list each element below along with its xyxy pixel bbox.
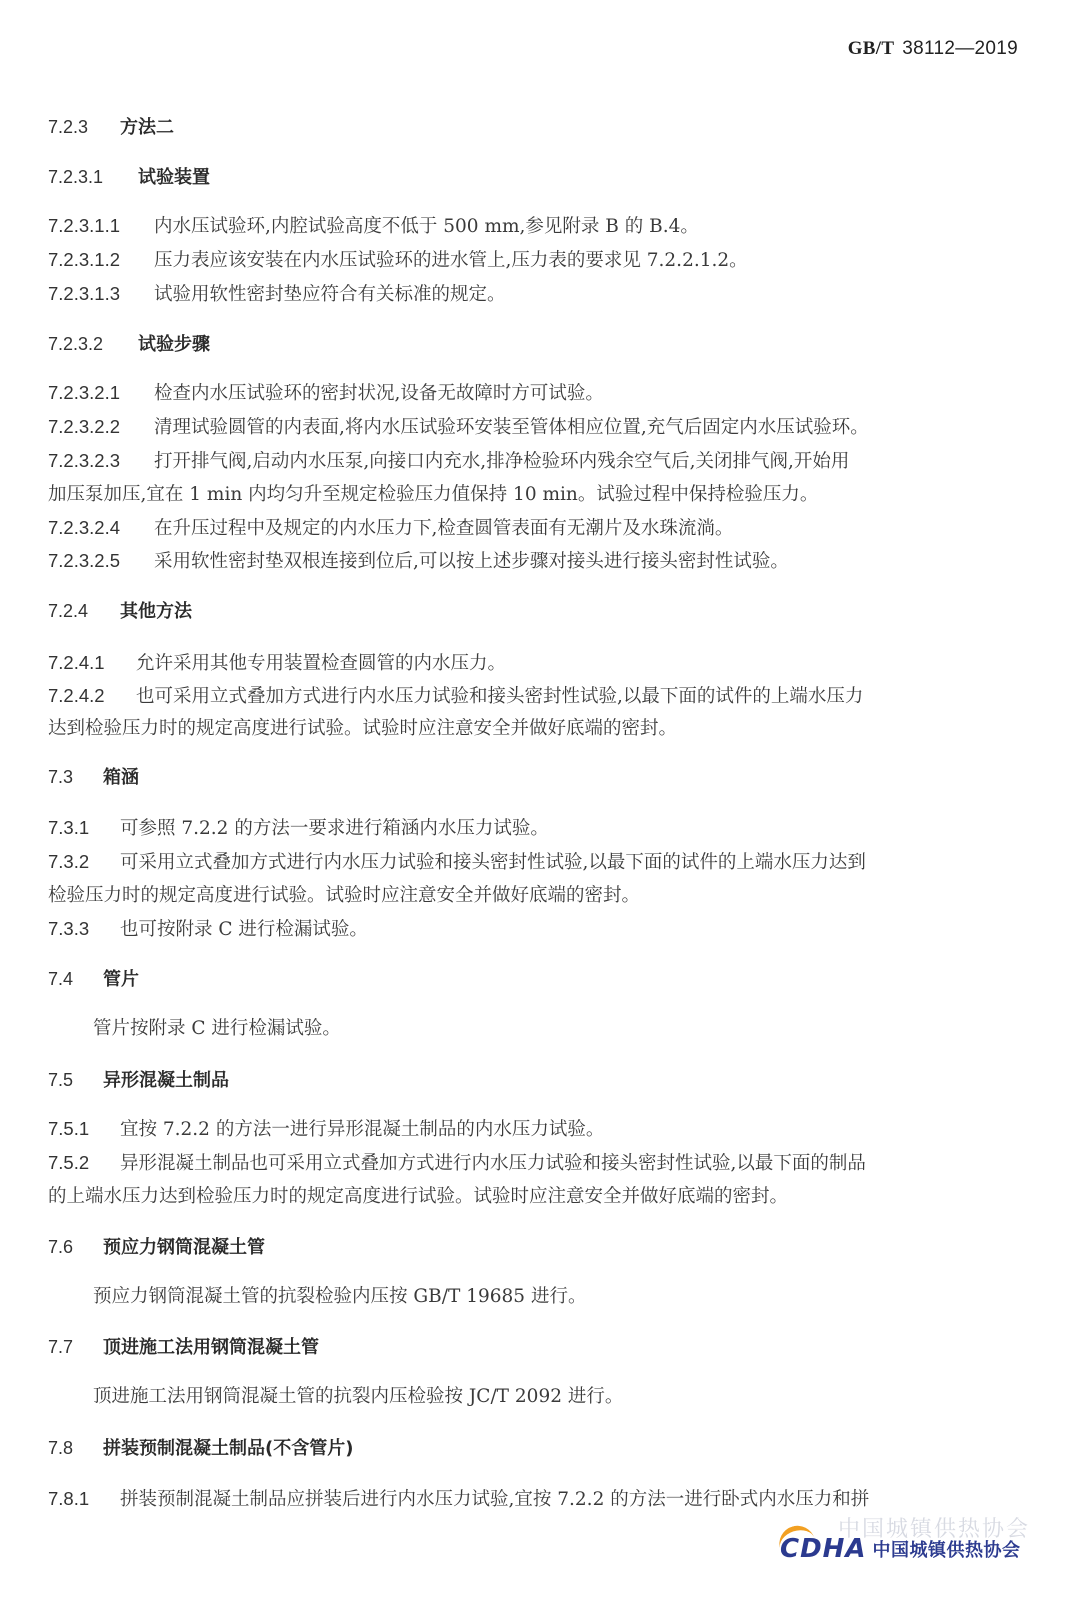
clause-number: 7.2.3.2.2 [48,414,154,440]
clause-number: 7.5 [48,1067,103,1093]
clause-number: 7.2.3.1.3 [48,281,154,307]
clause-line: 的上端水压力达到检验压力时的规定高度进行试验。试验时应注意安全并做好底端的密封。 [48,1184,1030,1210]
section-heading: 7.2.4其他方法 [48,598,1030,625]
clause-line: 7.2.4.2也可采用立式叠加方式进行内水压力试验和接头密封性试验,以最下面的试… [48,683,1030,710]
heading-text: 预应力钢筒混凝土管 [103,1237,265,1258]
standard-number: GB/T38112—2019 [848,38,1018,60]
org-name: 中国城镇供热协会 [873,1536,1021,1562]
clause-text: 压力表应该安装在内水压试验环的进水管上,压力表的要求见 7.2.2.1.2。 [154,250,748,271]
clause-text: 异形混凝土制品也可采用立式叠加方式进行内水压力试验和接头密封性试验,以最下面的制… [120,1153,866,1174]
clause-text: 采用软性密封垫双根连接到位后,可以按上述步骤对接头进行接头密封性试验。 [154,551,789,572]
section-heading: 7.2.3方法二 [48,114,1030,141]
clause-line: 达到检验压力时的规定高度进行试验。试验时应注意安全并做好底端的密封。 [48,716,1030,742]
clause-text: 拼装预制混凝土制品应拼装后进行内水压力试验,宜按 7.2.2 的方法一进行卧式内… [120,1489,869,1510]
clause-line: 加压泵加压,宜在 1 min 内均匀升至规定检验压力值保持 10 min。试验过… [48,482,1030,508]
clause-line: 管片按附录 C 进行检漏试验。 [93,1016,1030,1042]
clause-number: 7.2.3 [48,114,120,140]
clause-line: 7.3.3也可按附录 C 进行检漏试验。 [48,916,1030,943]
clause-number: 7.2.3.1.1 [48,213,154,239]
clause-text: 内水压试验环,内腔试验高度不低于 500 mm,参见附录 B 的 B.4。 [154,216,699,237]
clause-text: 达到检验压力时的规定高度进行试验。试验时应注意安全并做好底端的密封。 [48,718,677,739]
clause-number: 7.2.3.2 [48,331,138,357]
clause-text: 也可采用立式叠加方式进行内水压力试验和接头密封性试验,以最下面的试件的上端水压力 [136,686,863,707]
section-heading: 7.4管片 [48,966,1030,993]
clause-text: 顶进施工法用钢筒混凝土管的抗裂内压检验按 JC/T 2092 进行。 [93,1386,623,1407]
clause-number: 7.2.3.2.3 [48,448,154,474]
heading-text: 方法二 [120,117,174,138]
clause-text: 在升压过程中及规定的内水压力下,检查圆管表面有无潮片及水珠流淌。 [154,518,733,539]
clause-line: 7.2.3.1.2压力表应该安装在内水压试验环的进水管上,压力表的要求见 7.2… [48,247,1030,274]
standard-prefix: GB/T [848,38,895,59]
clause-number: 7.7 [48,1334,103,1360]
clause-text: 检验压力时的规定高度进行试验。试验时应注意安全并做好底端的密封。 [48,885,640,906]
clause-line: 7.3.1可参照 7.2.2 的方法一要求进行箱涵内水压力试验。 [48,815,1030,842]
clause-line: 7.2.4.1允许采用其他专用装置检查圆管的内水压力。 [48,650,1030,677]
heading-text: 其他方法 [120,601,192,622]
clause-number: 7.2.4.1 [48,650,136,676]
section-heading: 7.8拼装预制混凝土制品(不含管片) [48,1435,1030,1462]
clause-text: 的上端水压力达到检验压力时的规定高度进行试验。试验时应注意安全并做好底端的密封。 [48,1186,788,1207]
clause-number: 7.2.4.2 [48,683,136,709]
section-heading: 7.2.3.1试验装置 [48,164,1030,191]
clause-number: 7.5.1 [48,1116,120,1142]
clause-line: 7.8.1拼装预制混凝土制品应拼装后进行内水压力试验,宜按 7.2.2 的方法一… [48,1486,1030,1513]
clause-number: 7.2.3.1.2 [48,247,154,273]
heading-text: 箱涵 [103,767,139,788]
clause-line: 7.5.2异形混凝土制品也可采用立式叠加方式进行内水压力试验和接头密封性试验,以… [48,1150,1030,1177]
clause-number: 7.8 [48,1435,103,1461]
clause-text: 检查内水压试验环的密封状况,设备无故障时方可试验。 [154,383,604,404]
clause-text: 可参照 7.2.2 的方法一要求进行箱涵内水压力试验。 [120,818,549,839]
clause-line: 7.2.3.2.3打开排气阀,启动内水压泵,向接口内充水,排净检验环内残余空气后… [48,448,1030,475]
heading-text: 异形混凝土制品 [103,1070,229,1091]
section-heading: 7.5异形混凝土制品 [48,1067,1030,1094]
clause-line: 7.2.3.1.1内水压试验环,内腔试验高度不低于 500 mm,参见附录 B … [48,213,1030,240]
clause-number: 7.2.3.2.4 [48,515,154,541]
clause-number: 7.8.1 [48,1486,120,1512]
clause-line: 7.2.3.2.2清理试验圆管的内表面,将内水压试验环安装至管体相应位置,充气后… [48,414,1030,441]
watermark: 中国城镇供热协会 CDHA 中国城镇供热协会 [780,1512,1040,1582]
heading-text: 管片 [103,969,139,990]
clause-line: 7.5.1宜按 7.2.2 的方法一进行异形混凝土制品的内水压力试验。 [48,1116,1030,1143]
clause-number: 7.3.2 [48,849,120,875]
clause-text: 打开排气阀,启动内水压泵,向接口内充水,排净检验环内残余空气后,关闭排气阀,开始… [154,451,849,472]
section-heading: 7.3箱涵 [48,764,1030,791]
clause-text: 允许采用其他专用装置检查圆管的内水压力。 [136,653,506,674]
section-heading: 7.2.3.2试验步骤 [48,331,1030,358]
clause-text: 管片按附录 C 进行检漏试验。 [93,1018,341,1039]
section-heading: 7.7顶进施工法用钢筒混凝土管 [48,1334,1030,1361]
clause-number: 7.4 [48,966,103,992]
clause-number: 7.3.1 [48,815,120,841]
heading-text: 拼装预制混凝土制品(不含管片) [103,1438,353,1459]
clause-text: 预应力钢筒混凝土管的抗裂检验内压按 GB/T 19685 进行。 [93,1286,586,1307]
clause-number: 7.2.3.2.5 [48,548,154,574]
clause-line: 检验压力时的规定高度进行试验。试验时应注意安全并做好底端的密封。 [48,883,1030,909]
clause-text: 宜按 7.2.2 的方法一进行异形混凝土制品的内水压力试验。 [120,1119,604,1140]
clause-number: 7.2.3.2.1 [48,380,154,406]
clause-text: 加压泵加压,宜在 1 min 内均匀升至规定检验压力值保持 10 min。试验过… [48,484,818,505]
clause-text: 也可按附录 C 进行检漏试验。 [120,919,368,940]
clause-line: 7.3.2可采用立式叠加方式进行内水压力试验和接头密封性试验,以最下面的试件的上… [48,849,1030,876]
clause-line: 7.2.3.2.1检查内水压试验环的密封状况,设备无故障时方可试验。 [48,380,1030,407]
standard-code: 38112—2019 [902,38,1018,59]
clause-number: 7.5.2 [48,1150,120,1176]
clause-line: 预应力钢筒混凝土管的抗裂检验内压按 GB/T 19685 进行。 [93,1284,1030,1310]
clause-line: 7.2.3.1.3试验用软性密封垫应符合有关标准的规定。 [48,281,1030,308]
clause-number: 7.2.3.1 [48,164,138,190]
clause-line: 顶进施工法用钢筒混凝土管的抗裂内压检验按 JC/T 2092 进行。 [93,1384,1030,1410]
clause-text: 清理试验圆管的内表面,将内水压试验环安装至管体相应位置,充气后固定内水压试验环。 [154,417,869,438]
clause-number: 7.2.4 [48,598,120,624]
heading-text: 顶进施工法用钢筒混凝土管 [103,1337,319,1358]
clause-text: 可采用立式叠加方式进行内水压力试验和接头密封性试验,以最下面的试件的上端水压力达… [120,852,866,873]
heading-text: 试验步骤 [138,334,210,355]
clause-line: 7.2.3.2.5采用软性密封垫双根连接到位后,可以按上述步骤对接头进行接头密封… [48,548,1030,575]
clause-number: 7.3 [48,764,103,790]
heading-text: 试验装置 [138,167,210,188]
clause-text: 试验用软性密封垫应符合有关标准的规定。 [154,284,506,305]
clause-number: 7.6 [48,1234,103,1260]
cdha-logo: CDHA 中国城镇供热协会 [780,1534,1021,1564]
clause-number: 7.3.3 [48,916,120,942]
clause-line: 7.2.3.2.4在升压过程中及规定的内水压力下,检查圆管表面有无潮片及水珠流淌… [48,515,1030,542]
section-heading: 7.6预应力钢筒混凝土管 [48,1234,1030,1261]
